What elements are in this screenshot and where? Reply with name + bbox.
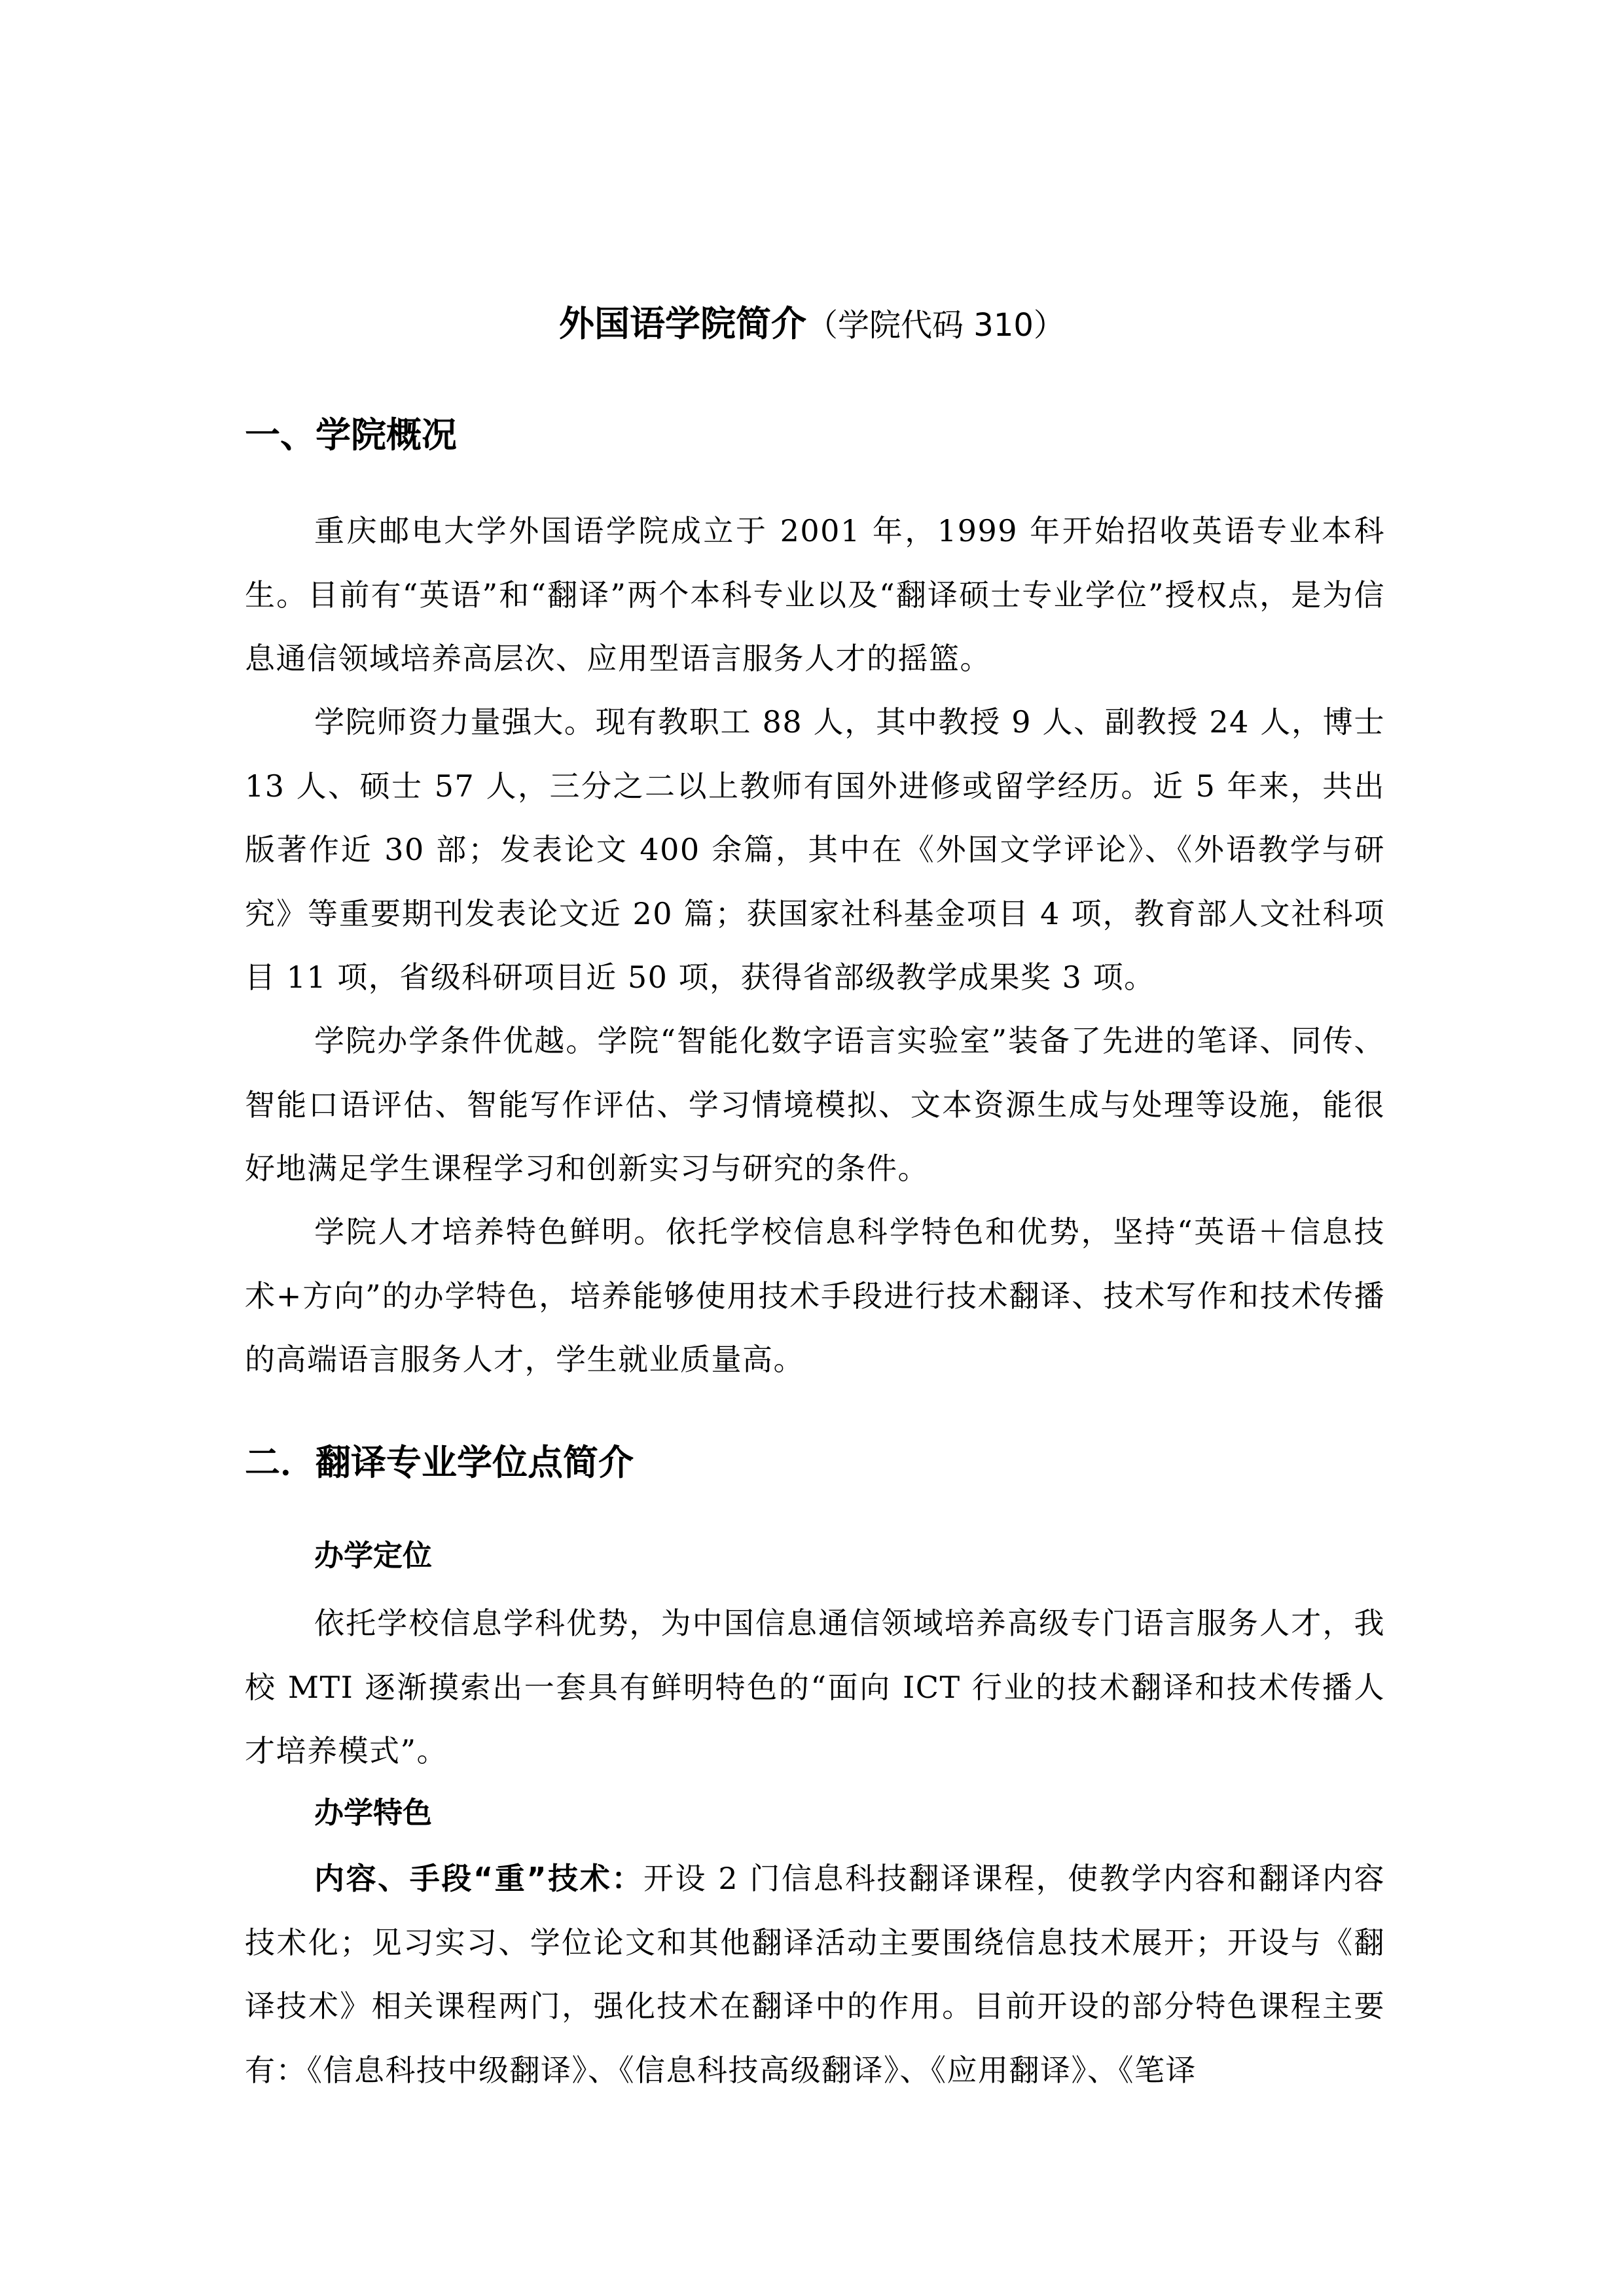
- paragraph-characteristics: 内容、手段“重”技术：开设 2 门信息科技翻译课程，使教学内容和翻译内容技术化；…: [245, 1847, 1385, 2102]
- paragraph-positioning: 依托学校信息学科优势，为中国信息通信领域培养高级专门语言服务人才，我校 MTI …: [245, 1592, 1385, 1784]
- paragraph-founding: 重庆邮电大学外国语学院成立于 2001 年，1999 年开始招收英语专业本科生。…: [245, 499, 1385, 691]
- document-page: 外国语学院简介（学院代码 310） 一、学院概况 重庆邮电大学外国语学院成立于 …: [0, 0, 1624, 2296]
- document-title: 外国语学院简介（学院代码 310）: [0, 298, 1624, 351]
- section-heading-mti: 二．翻译专业学位点简介: [245, 1437, 634, 1489]
- title-main: 外国语学院简介: [559, 303, 806, 344]
- paragraph-faculty: 学院师资力量强大。现有教职工 88 人，其中教授 9 人、副教授 24 人，博士…: [245, 691, 1385, 1010]
- subheading-positioning: 办学定位: [314, 1533, 432, 1579]
- subheading-characteristics: 办学特色: [314, 1790, 432, 1836]
- section-heading-overview: 一、学院概况: [245, 409, 457, 461]
- lead-phrase: 内容、手段“重”技术：: [314, 1861, 643, 1896]
- college-code: （学院代码 310）: [806, 307, 1065, 344]
- paragraph-facilities: 学院办学条件优越。学院“智能化数字语言实验室”装备了先进的笔译、同传、智能口语评…: [245, 1009, 1385, 1201]
- paragraph-features: 学院人才培养特色鲜明。依托学校信息科学特色和优势，坚持“英语＋信息技术+方向”的…: [245, 1200, 1385, 1392]
